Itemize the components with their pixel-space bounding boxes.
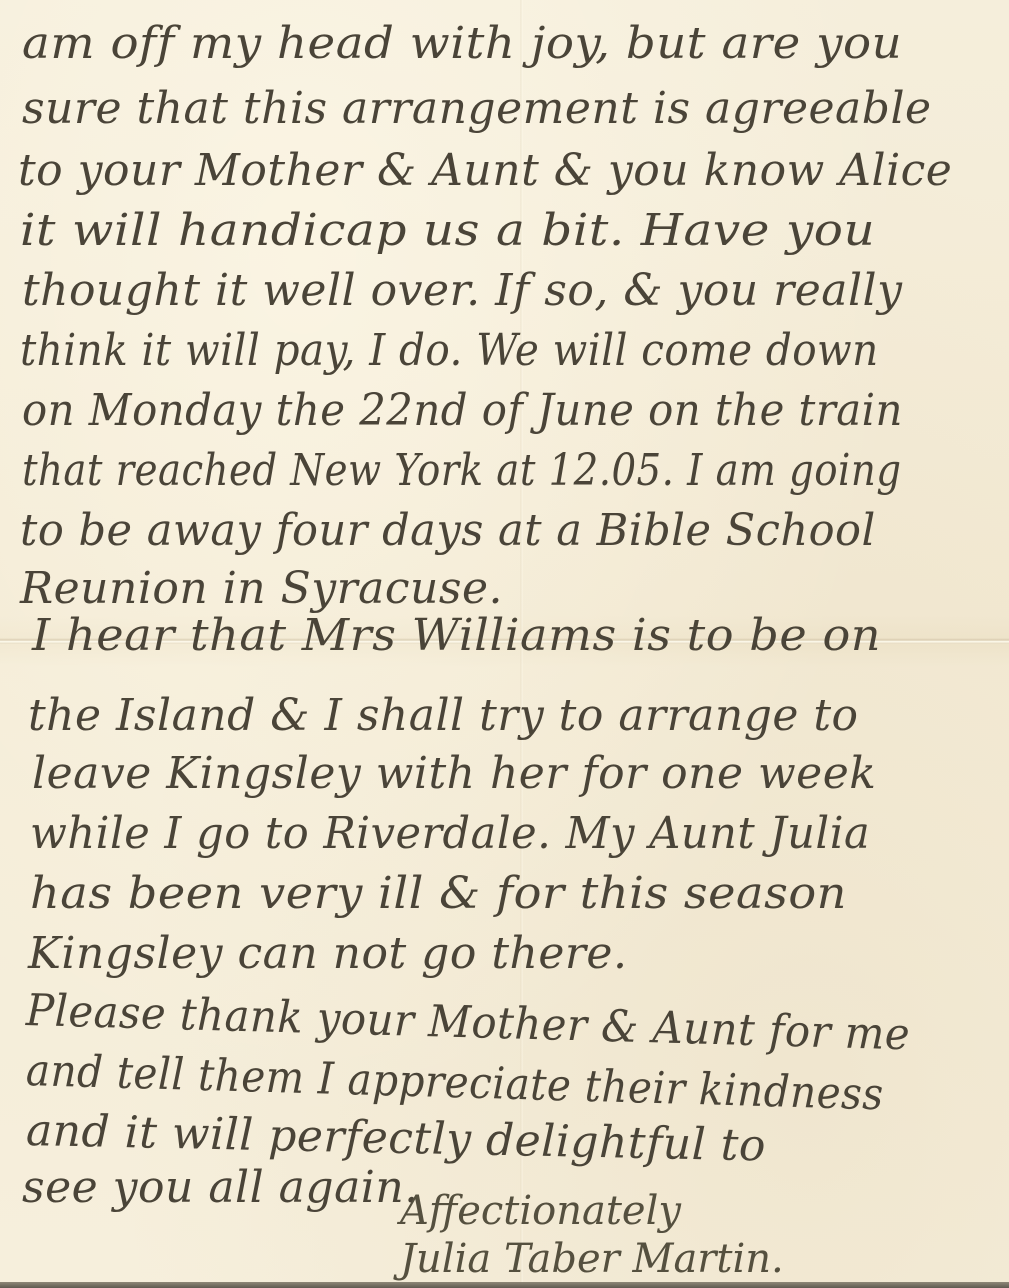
letter-line-1: am off my head with joy, but are you [22, 18, 902, 69]
letter-line-11: I hear that Mrs Williams is to be on [32, 610, 881, 661]
handwritten-letter: am off my head with joy, but are you sur… [0, 0, 1009, 1282]
letter-line-12: the Island & I shall try to arrange to [28, 690, 859, 741]
letter-line-16: Kingsley can not go there. [28, 928, 627, 979]
letter-line-6: think it will pay, I do. We will come do… [20, 325, 879, 376]
letter-line-5: thought it well over. If so, & you reall… [22, 265, 902, 316]
letter-line-9: to be away four days at a Bible School [20, 505, 876, 556]
scan-bottom-edge [0, 1282, 1009, 1288]
letter-line-2: sure that this arrangement is agreeable [22, 83, 932, 134]
letter-line-7: on Monday the 22nd of June on the train [22, 385, 903, 436]
letter-line-15: has been very ill & for this season [30, 868, 847, 919]
letter-signature: Julia Taber Martin. [400, 1236, 784, 1282]
letter-line-14: while I go to Riverdale. My Aunt Julia [30, 808, 870, 859]
letter-line-20: see you all again. [22, 1162, 419, 1213]
letter-line-13: leave Kingsley with her for one week [32, 748, 876, 799]
letter-closing: Affectionately [400, 1188, 681, 1234]
letter-line-8: that reached New York at 12.05. I am goi… [22, 445, 901, 496]
letter-line-4: it will handicap us a bit. Have you [20, 205, 875, 256]
letter-line-10: Reunion in Syracuse. [20, 563, 503, 614]
letter-line-3: to your Mother & Aunt & you know Alice [18, 145, 952, 196]
